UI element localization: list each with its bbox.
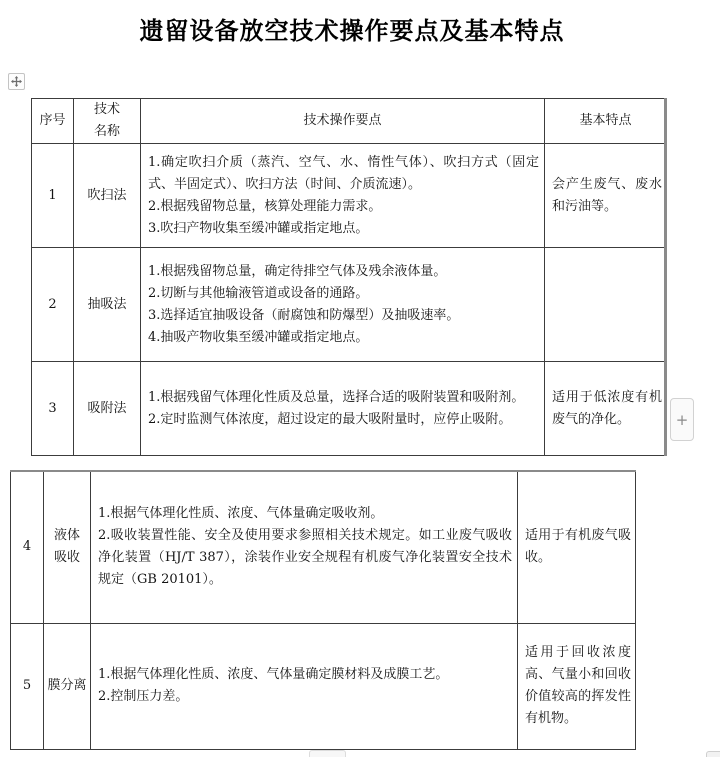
cell-name[interactable]: 吹扫法 bbox=[74, 144, 141, 248]
table-header-row: 序号 技术 名称 技术操作要点 基本特点 bbox=[32, 99, 667, 144]
cell-index[interactable]: 3 bbox=[32, 362, 74, 456]
cell-feature[interactable] bbox=[545, 248, 667, 362]
header-points[interactable]: 技术操作要点 bbox=[141, 99, 545, 144]
cell-points[interactable]: 1.根据气体理化性质、浓度、气体量确定吸收剂。 2.吸收装置性能、安全及使用要求… bbox=[91, 471, 518, 623]
cell-feature[interactable]: 适用于低浓度有机废气的净化。 bbox=[545, 362, 667, 456]
header-name[interactable]: 技术 名称 bbox=[74, 99, 141, 144]
table-row: 3 吸附法 1.根据残留气体理化性质及总量，选择合适的吸附装置和吸附剂。 2.定… bbox=[32, 362, 667, 456]
cell-feature[interactable]: 会产生废气、废水和污油等。 bbox=[545, 144, 667, 248]
cell-feature[interactable]: 适用于回收浓度高、气量小和回收价值较高的挥发性有机物。 bbox=[518, 623, 636, 749]
cell-index[interactable]: 2 bbox=[32, 248, 74, 362]
header-index[interactable]: 序号 bbox=[32, 99, 74, 144]
operations-table-part-1: 序号 技术 名称 技术操作要点 基本特点 1 吹扫法 1.确定吹扫介质（蒸汽、空… bbox=[31, 98, 667, 456]
cell-points[interactable]: 1.根据残留物总量，确定待排空气体及残余液体量。 2.切断与其他输液管道或设备的… bbox=[141, 248, 545, 362]
cell-name[interactable]: 液体 吸收 bbox=[44, 471, 91, 623]
table-row: 2 抽吸法 1.根据残留物总量，确定待排空气体及残余液体量。 2.切断与其他输液… bbox=[32, 248, 667, 362]
cell-points[interactable]: 1.根据气体理化性质、浓度、气体量确定膜材料及成膜工艺。 2.控制压力差。 bbox=[91, 623, 518, 749]
insert-row-button[interactable]: + bbox=[670, 398, 694, 441]
cell-points[interactable]: 1.根据残留气体理化性质及总量，选择合适的吸附装置和吸附剂。 2.定时监测气体浓… bbox=[141, 362, 545, 456]
table-row: 1 吹扫法 1.确定吹扫介质（蒸汽、空气、水、惰性气体）、吹扫方式（固定式、半固… bbox=[32, 144, 667, 248]
cell-index[interactable]: 5 bbox=[11, 623, 44, 749]
page-title: 遗留设备放空技术操作要点及基本特点 bbox=[0, 11, 704, 46]
table-move-handle[interactable] bbox=[8, 73, 25, 90]
table-resize-handle-partial[interactable] bbox=[706, 751, 720, 757]
table-right-border-accent bbox=[664, 98, 667, 456]
cell-feature[interactable]: 适用于有机废气吸收。 bbox=[518, 471, 636, 623]
insert-column-button-partial[interactable] bbox=[309, 750, 346, 757]
document-page: 遗留设备放空技术操作要点及基本特点 序号 技术 名称 技术操作要点 基本特点 1… bbox=[0, 0, 720, 757]
cell-name[interactable]: 吸附法 bbox=[74, 362, 141, 456]
header-feature[interactable]: 基本特点 bbox=[545, 99, 667, 144]
cell-name[interactable]: 抽吸法 bbox=[74, 248, 141, 362]
cell-name[interactable]: 膜分离 bbox=[44, 623, 91, 749]
operations-table-part-2: 4 液体 吸收 1.根据气体理化性质、浓度、气体量确定吸收剂。 2.吸收装置性能… bbox=[10, 470, 636, 750]
cell-index[interactable]: 4 bbox=[11, 471, 44, 623]
table-row: 5 膜分离 1.根据气体理化性质、浓度、气体量确定膜材料及成膜工艺。 2.控制压… bbox=[11, 623, 636, 749]
cell-points[interactable]: 1.确定吹扫介质（蒸汽、空气、水、惰性气体）、吹扫方式（固定式、半固定式）、吹扫… bbox=[141, 144, 545, 248]
cell-index[interactable]: 1 bbox=[32, 144, 74, 248]
plus-icon: + bbox=[676, 411, 689, 429]
move-cross-icon bbox=[11, 76, 22, 87]
table-row: 4 液体 吸收 1.根据气体理化性质、浓度、气体量确定吸收剂。 2.吸收装置性能… bbox=[11, 471, 636, 623]
